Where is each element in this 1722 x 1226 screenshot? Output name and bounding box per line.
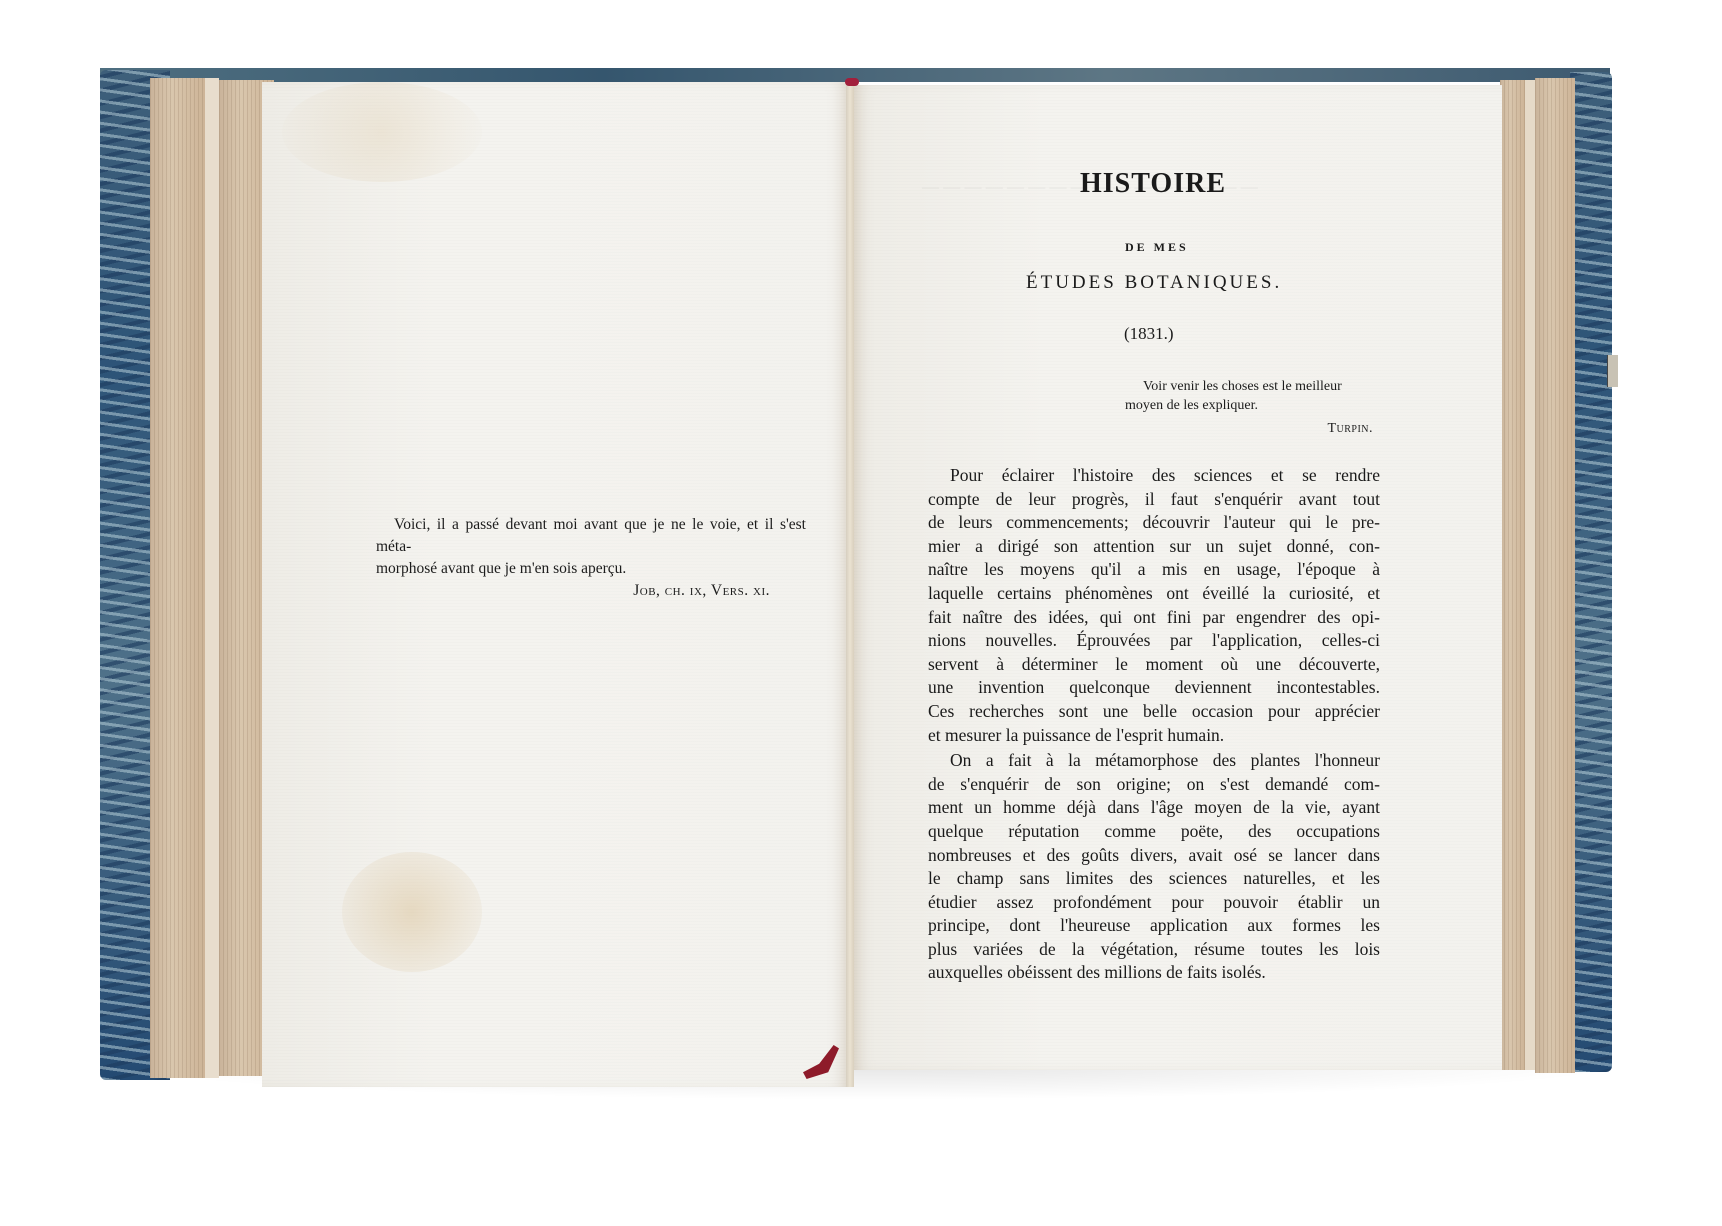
text-line: nombreuses et des goûts divers, avait os…: [928, 844, 1380, 868]
epigraph-line: moyen de les expliquer.: [1125, 396, 1375, 415]
left-page-edges-gap: [205, 78, 219, 1078]
text-line: une invention quelconque deviennent inco…: [928, 676, 1380, 700]
text-line: de s'enquérir de son origine; on s'est d…: [928, 773, 1380, 797]
text-line: Ces recherches sont une belle occasion p…: [928, 700, 1380, 724]
text-line: Pour éclairer l'histoire des sciences et…: [928, 464, 1380, 488]
book-photo: — — — — — — — — — — — — — — — — Voici, i…: [0, 0, 1722, 1226]
text-line: nions nouvelles. Éprouvées par l'applica…: [928, 629, 1380, 653]
epigraph-source: Job, ch. ix, Vers. xi.: [376, 580, 806, 602]
book-gutter: [846, 82, 854, 1087]
paragraph-1: Pour éclairer l'histoire des sciences et…: [928, 464, 1380, 747]
right-page-edges-outer: [1535, 78, 1575, 1073]
right-page-epigraph: Voir venir les choses est le meilleur mo…: [1125, 377, 1375, 438]
body-text: Pour éclairer l'histoire des sciences et…: [928, 464, 1380, 985]
paragraph-2: On a fait à la métamorphose des plantes …: [928, 749, 1380, 985]
ribbon-bookmark-top: [845, 78, 859, 86]
text-line: mier a dirigé son attention sur un sujet…: [928, 535, 1380, 559]
torn-paper-tab: [1607, 355, 1618, 387]
text-line: ment un homme déjà dans l'âge moyen de l…: [928, 796, 1380, 820]
epigraph-line: Voici, il a passé devant moi avant que j…: [376, 514, 806, 558]
left-page-edges-outer: [150, 78, 205, 1078]
left-page-epigraph: Voici, il a passé devant moi avant que j…: [376, 514, 806, 602]
chapter-subtitle: ÉTUDES BOTANIQUES.: [1026, 272, 1282, 294]
text-line: plus variées de la végétation, résume to…: [928, 938, 1380, 962]
foxing-stain: [342, 852, 482, 972]
foxing-stain: [282, 82, 482, 182]
text-line: et mesurer la puissance de l'esprit huma…: [928, 724, 1380, 748]
text-line: auxquelles obéissent des millions de fai…: [928, 961, 1380, 985]
chapter-title-connector: DE MES: [1125, 240, 1189, 255]
text-line: principe, dont l'heureuse application au…: [928, 914, 1380, 938]
text-line: étudier assez profondément pour pouvoir …: [928, 891, 1380, 915]
chapter-title: HISTOIRE: [1080, 168, 1226, 200]
text-line: compte de leur progrès, il faut s'enquér…: [928, 488, 1380, 512]
text-line: On a fait à la métamorphose des plantes …: [928, 749, 1380, 773]
text-line: laquelle certains phénomènes ont éveillé…: [928, 582, 1380, 606]
epigraph-line: morphosé avant que je m'en sois aperçu.: [376, 558, 806, 580]
text-line: le champ sans limites des sciences natur…: [928, 867, 1380, 891]
text-line: naître les moyens qu'il a mis en usage, …: [928, 558, 1380, 582]
text-line: quelque réputation comme poëte, des occu…: [928, 820, 1380, 844]
text-line: fait naître des idées, qui ont fini par …: [928, 606, 1380, 630]
epigraph-line: Voir venir les choses est le meilleur: [1125, 377, 1375, 396]
right-page-edges-inner: [1500, 80, 1525, 1070]
chapter-year: (1831.): [1124, 324, 1174, 344]
right-marbled-cover: [1570, 72, 1612, 1072]
text-line: de leurs commencements; découvrir l'aute…: [928, 511, 1380, 535]
epigraph-source: Turpin.: [1125, 419, 1375, 438]
text-line: servent à déterminer le moment où une dé…: [928, 653, 1380, 677]
right-page-edges-gap: [1525, 80, 1535, 1070]
